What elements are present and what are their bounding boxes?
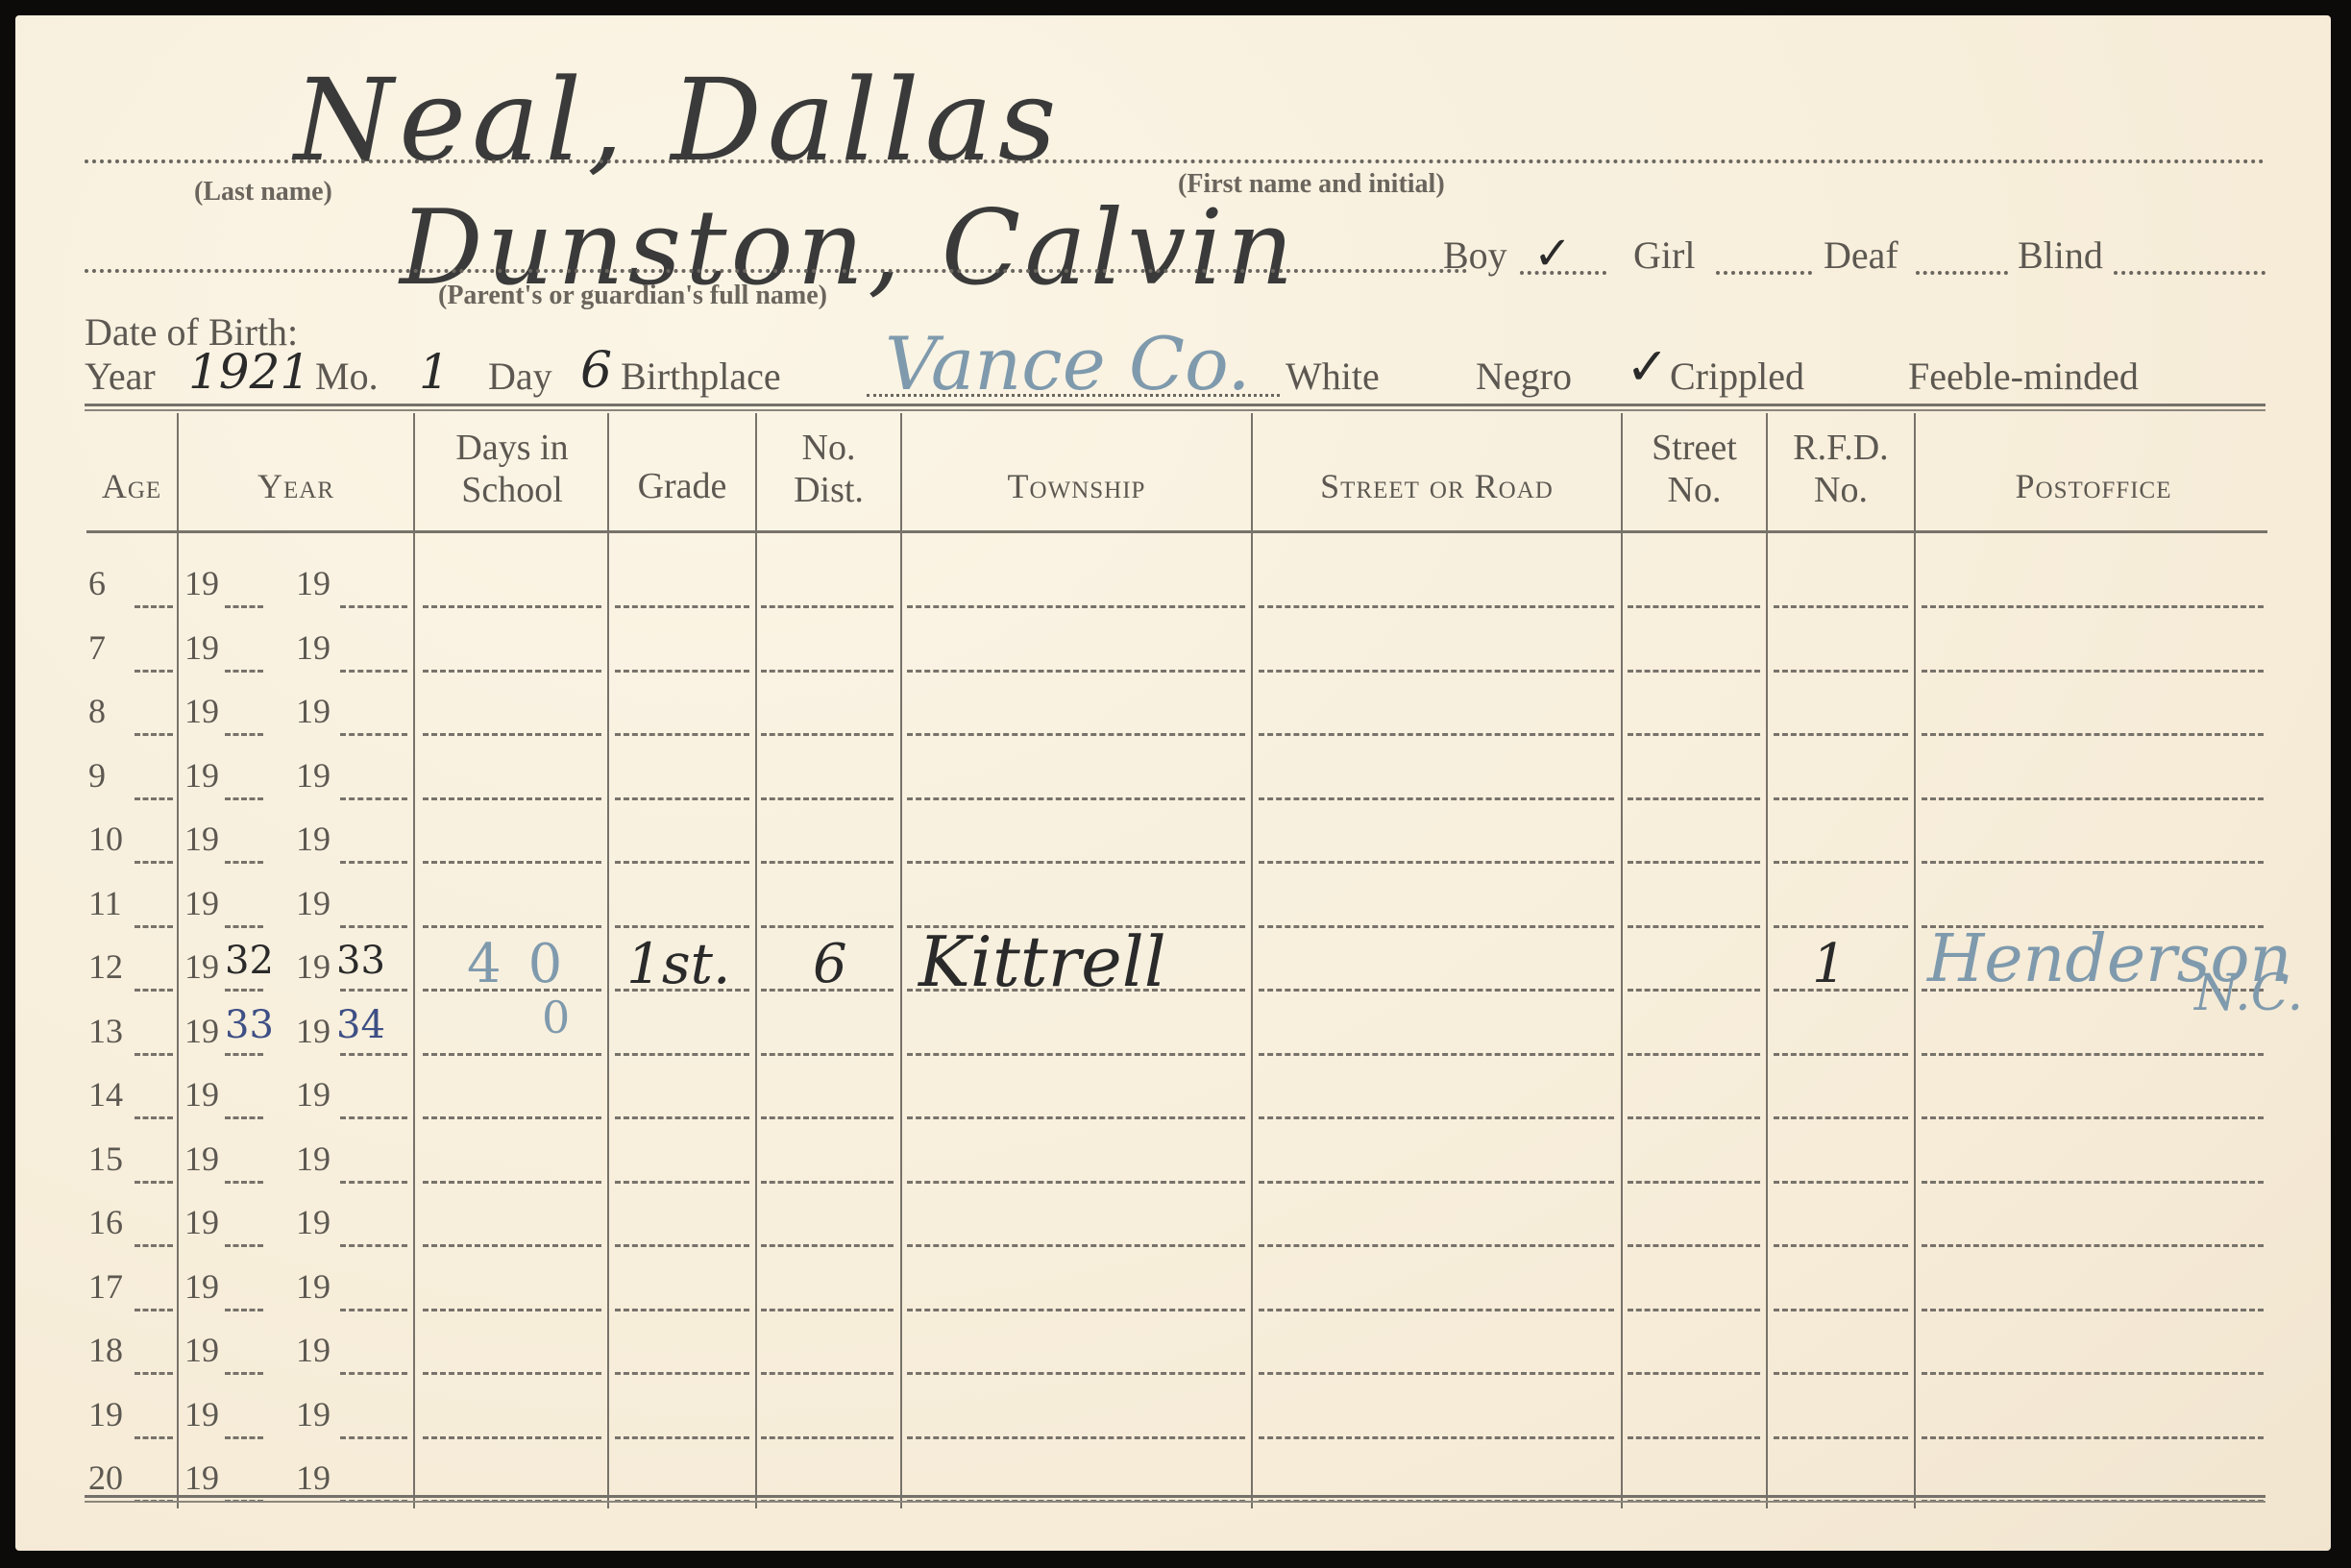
girl-blank (1716, 271, 1812, 275)
header-days-line2: School (417, 469, 607, 511)
row-line (225, 1116, 263, 1119)
header-days-line1: Days in (417, 427, 607, 469)
row-line (1628, 605, 1760, 608)
row-line (135, 1436, 173, 1439)
row-line (1774, 925, 1908, 928)
row-line (1922, 861, 2264, 864)
rfd-cell: 1 (1812, 933, 1847, 995)
row-line (1259, 1244, 1614, 1247)
row-line (1259, 1116, 1614, 1119)
header-township: Township (902, 465, 1251, 507)
birth-year-value: 1921 (188, 344, 310, 400)
row-line (1774, 733, 1908, 736)
row-line (1922, 605, 2264, 608)
year-start-cell: 19 (184, 819, 219, 859)
year-start-fill: 32 (225, 939, 274, 983)
row-line (135, 1309, 173, 1311)
row-line (340, 797, 407, 800)
year-start-cell: 19 (184, 755, 219, 796)
header-dist-line2: Dist. (757, 469, 900, 511)
negro-label: Negro (1476, 354, 1572, 399)
row-line (1259, 1372, 1614, 1375)
row-line (423, 1244, 601, 1247)
row-line (423, 670, 601, 673)
table-row: 7 19 19 (15, 620, 2331, 683)
row-line (1774, 1116, 1908, 1119)
crippled-label: Crippled (1670, 354, 1804, 399)
year-end-cell: 19 (296, 1394, 331, 1434)
row-line (423, 925, 601, 928)
name-line (85, 159, 2265, 163)
row-line (761, 1244, 894, 1247)
table-bottom-line (85, 1495, 2265, 1503)
year-end-cell: 19 (296, 883, 331, 923)
year-label: Year (85, 354, 156, 399)
row-line (907, 1053, 1245, 1056)
deaf-blank (1916, 271, 2008, 275)
year-start-cell: 19 (184, 946, 219, 987)
row-line (907, 1436, 1245, 1439)
row-line (1259, 733, 1614, 736)
age-cell: 14 (88, 1074, 123, 1115)
year-start-cell: 19 (184, 1330, 219, 1370)
row-line (1774, 1181, 1908, 1184)
row-line (340, 605, 407, 608)
row-line (423, 861, 601, 864)
row-line (135, 861, 173, 864)
age-cell: 9 (88, 755, 106, 796)
age-cell: 16 (88, 1202, 123, 1242)
row-line (225, 1436, 263, 1439)
row-line (615, 670, 749, 673)
row-line (225, 797, 263, 800)
row-line (615, 1372, 749, 1375)
row-line (1628, 989, 1760, 992)
guardian-caption: (Parent's or guardian's full name) (438, 281, 827, 311)
row-line (1628, 861, 1760, 864)
deaf-label: Deaf (1824, 233, 1898, 278)
month-label: Mo. (315, 354, 379, 399)
age-cell: 8 (88, 691, 106, 731)
negro-checkmark: ✓ (1626, 336, 1669, 397)
row-line (225, 1309, 263, 1311)
row-line (907, 670, 1245, 673)
table-row: 8 19 19 (15, 683, 2331, 747)
row-line (340, 1372, 407, 1375)
row-line (1774, 989, 1908, 992)
year-start-cell: 19 (184, 1139, 219, 1179)
grade-cell: 1st. (626, 931, 730, 996)
row-line (1628, 925, 1760, 928)
year-end-cell: 19 (296, 755, 331, 796)
row-line (340, 670, 407, 673)
row-line (225, 989, 263, 992)
row-line (135, 1244, 173, 1247)
row-line (907, 733, 1245, 736)
row-line (1628, 1372, 1760, 1375)
row-line (907, 605, 1245, 608)
table-row: 12 19 32 19 33 40 1st. 6 Kittrell 1 Hend… (15, 939, 2331, 1002)
year-start-cell: 19 (184, 1458, 219, 1498)
row-line (615, 797, 749, 800)
row-line (340, 1309, 407, 1311)
row-line (1259, 670, 1614, 673)
birthplace-blank (867, 394, 1280, 397)
row-line (225, 733, 263, 736)
blind-label: Blind (2018, 233, 2103, 278)
row-line (1259, 797, 1614, 800)
row-line (1922, 1181, 2264, 1184)
year-end-fill: 34 (336, 1003, 385, 1047)
school-census-card: Neal, Dallas (Last name) (First name and… (15, 15, 2331, 1551)
row-line (1628, 1436, 1760, 1439)
row-line (225, 925, 263, 928)
year-start-fill: 33 (225, 1003, 274, 1047)
year-end-cell: 19 (296, 1011, 331, 1051)
table-row: 17 19 19 (15, 1259, 2331, 1322)
table-row: 15 19 19 (15, 1131, 2331, 1194)
boy-label: Boy (1443, 233, 1507, 278)
year-end-cell: 19 (296, 1266, 331, 1307)
year-end-cell: 19 (296, 1074, 331, 1115)
row-line (340, 733, 407, 736)
row-line (340, 1181, 407, 1184)
row-line (1628, 1053, 1760, 1056)
row-line (761, 733, 894, 736)
blind-blank (2114, 271, 2265, 275)
header-no-dist: No. Dist. (757, 427, 900, 511)
year-start-cell: 19 (184, 627, 219, 668)
row-line (1922, 1116, 2264, 1119)
row-line (1628, 797, 1760, 800)
row-line (1259, 861, 1614, 864)
row-line (907, 1181, 1245, 1184)
year-end-cell: 19 (296, 946, 331, 987)
row-line (1628, 733, 1760, 736)
row-line (1774, 1309, 1908, 1311)
table-row: 19 19 19 (15, 1386, 2331, 1450)
row-line (423, 797, 601, 800)
row-line (615, 733, 749, 736)
table-row: 9 19 19 (15, 747, 2331, 811)
row-line (340, 861, 407, 864)
header-street-no: Street No. (1623, 427, 1766, 511)
row-line (1922, 670, 2264, 673)
year-start-cell: 19 (184, 1202, 219, 1242)
header-rfd-no: R.F.D. No. (1768, 427, 1914, 511)
row-line (423, 733, 601, 736)
table-row: 6 19 19 (15, 555, 2331, 619)
age-cell: 20 (88, 1458, 123, 1498)
row-line (135, 733, 173, 736)
row-line (423, 1116, 601, 1119)
row-line (423, 1181, 601, 1184)
row-line (135, 670, 173, 673)
row-line (907, 1244, 1245, 1247)
row-line (1922, 1372, 2264, 1375)
row-line (340, 1244, 407, 1247)
row-line (423, 605, 601, 608)
table-row: 14 19 19 (15, 1066, 2331, 1130)
header-separator (85, 404, 2265, 411)
girl-label: Girl (1633, 233, 1695, 278)
year-end-cell: 19 (296, 691, 331, 731)
student-name-handwritten: Neal, Dallas (294, 54, 1063, 186)
row-line (423, 1436, 601, 1439)
row-line (1259, 925, 1614, 928)
white-label: White (1286, 354, 1380, 399)
days-cell: 0 (542, 992, 570, 1043)
row-line (135, 605, 173, 608)
row-line (225, 1372, 263, 1375)
row-line (135, 1053, 173, 1056)
year-start-cell: 19 (184, 883, 219, 923)
row-line (135, 797, 173, 800)
table-row: 16 19 19 (15, 1194, 2331, 1258)
row-line (907, 1116, 1245, 1119)
row-line (761, 1372, 894, 1375)
row-line (615, 1244, 749, 1247)
row-line (1259, 605, 1614, 608)
row-line (1628, 670, 1760, 673)
year-end-cell: 19 (296, 1139, 331, 1179)
age-cell: 11 (88, 883, 122, 923)
row-line (761, 1116, 894, 1119)
year-end-cell: 19 (296, 1330, 331, 1370)
row-line (423, 1309, 601, 1311)
row-line (340, 1436, 407, 1439)
row-line (1922, 1309, 2264, 1311)
row-line (1259, 1309, 1614, 1311)
row-line (225, 1053, 263, 1056)
days-cell: 40 (467, 933, 589, 995)
row-line (615, 1053, 749, 1056)
row-line (761, 1309, 894, 1311)
year-start-cell: 19 (184, 563, 219, 603)
header-age: Age (86, 465, 177, 507)
row-line (1922, 797, 2264, 800)
row-line (1774, 1436, 1908, 1439)
row-line (135, 1372, 173, 1375)
birth-day-value: 6 (580, 342, 612, 400)
year-start-cell: 19 (184, 1011, 219, 1051)
header-street-no-line1: Street (1623, 427, 1766, 469)
row-line (1259, 1181, 1614, 1184)
header-days-in-school: Days in School (417, 427, 607, 511)
year-end-cell: 19 (296, 627, 331, 668)
row-line (135, 1116, 173, 1119)
age-cell: 12 (88, 946, 123, 987)
row-line (340, 925, 407, 928)
row-line (423, 1053, 601, 1056)
age-cell: 18 (88, 1330, 123, 1370)
header-grade: Grade (609, 465, 755, 507)
table-row: 20 19 19 (15, 1450, 2331, 1513)
row-line (1774, 605, 1908, 608)
row-line (1774, 670, 1908, 673)
birth-month-value: 1 (419, 344, 450, 400)
header-street-or-road: Street or Road (1253, 465, 1621, 507)
row-line (1774, 1372, 1908, 1375)
table-row: 10 19 19 (15, 811, 2331, 874)
header-postoffice: Postoffice (1916, 465, 2271, 507)
row-line (1774, 861, 1908, 864)
row-line (761, 861, 894, 864)
header-dist-line1: No. (757, 427, 900, 469)
row-line (615, 605, 749, 608)
row-line (615, 861, 749, 864)
feeble-minded-label: Feeble-minded (1908, 354, 2139, 399)
row-line (1774, 797, 1908, 800)
row-line (1259, 1436, 1614, 1439)
year-start-cell: 19 (184, 691, 219, 731)
row-line (225, 1181, 263, 1184)
row-line (1774, 1244, 1908, 1247)
row-line (1922, 1244, 2264, 1247)
row-line (615, 1309, 749, 1311)
row-line (761, 925, 894, 928)
row-line (907, 861, 1245, 864)
row-line (907, 1309, 1245, 1311)
guardian-line (85, 269, 1468, 273)
age-cell: 15 (88, 1139, 123, 1179)
age-cell: 6 (88, 563, 106, 603)
age-cell: 10 (88, 819, 123, 859)
row-line (907, 1372, 1245, 1375)
row-line (1628, 1244, 1760, 1247)
row-line (423, 1372, 601, 1375)
header-rfd-line1: R.F.D. (1768, 427, 1914, 469)
row-line (1922, 1053, 2264, 1056)
year-end-cell: 19 (296, 819, 331, 859)
table-row: 18 19 19 (15, 1322, 2331, 1385)
row-line (1774, 1053, 1908, 1056)
row-line (907, 989, 1245, 992)
row-line (1628, 1181, 1760, 1184)
row-line (1922, 733, 2264, 736)
year-end-cell: 19 (296, 1458, 331, 1498)
day-label: Day (488, 354, 552, 399)
year-end-cell: 19 (296, 563, 331, 603)
row-line (225, 605, 263, 608)
row-line (135, 925, 173, 928)
year-end-fill: 33 (336, 939, 385, 983)
last-name-caption: (Last name) (194, 177, 332, 208)
row-line (615, 1181, 749, 1184)
row-line (1259, 989, 1614, 992)
postoffice-cell: N.C. (2194, 965, 2303, 1022)
row-line (340, 989, 407, 992)
year-start-cell: 19 (184, 1266, 219, 1307)
row-line (225, 670, 263, 673)
row-line (340, 1116, 407, 1119)
row-line (761, 989, 894, 992)
row-line (615, 1436, 749, 1439)
header-rfd-line2: No. (1768, 469, 1914, 511)
row-line (340, 1053, 407, 1056)
age-cell: 19 (88, 1394, 123, 1434)
row-line (423, 989, 601, 992)
row-line (761, 1436, 894, 1439)
row-line (1628, 1116, 1760, 1119)
row-line (615, 989, 749, 992)
row-line (1259, 1053, 1614, 1056)
table-row: 13 19 33 19 34 0 N.C. (15, 1003, 2331, 1066)
year-end-cell: 19 (296, 1202, 331, 1242)
age-cell: 13 (88, 1011, 123, 1051)
row-line (135, 989, 173, 992)
row-line (615, 925, 749, 928)
row-line (1628, 1309, 1760, 1311)
year-start-cell: 19 (184, 1074, 219, 1115)
row-line (615, 1116, 749, 1119)
birthplace-label: Birthplace (621, 354, 781, 399)
row-line (761, 1181, 894, 1184)
year-start-cell: 19 (184, 1394, 219, 1434)
row-line (761, 797, 894, 800)
row-line (225, 861, 263, 864)
row-line (761, 1053, 894, 1056)
header-underline (86, 530, 2267, 533)
row-line (225, 1244, 263, 1247)
boy-checkmark: ✓ (1533, 227, 1572, 281)
row-line (761, 605, 894, 608)
header-street-no-line2: No. (1623, 469, 1766, 511)
header-year: Year (179, 465, 413, 507)
dist-cell: 6 (813, 933, 847, 995)
row-line (135, 1181, 173, 1184)
row-line (907, 797, 1245, 800)
age-cell: 17 (88, 1266, 123, 1307)
row-line (1922, 1436, 2264, 1439)
row-line (761, 670, 894, 673)
age-cell: 7 (88, 627, 106, 668)
